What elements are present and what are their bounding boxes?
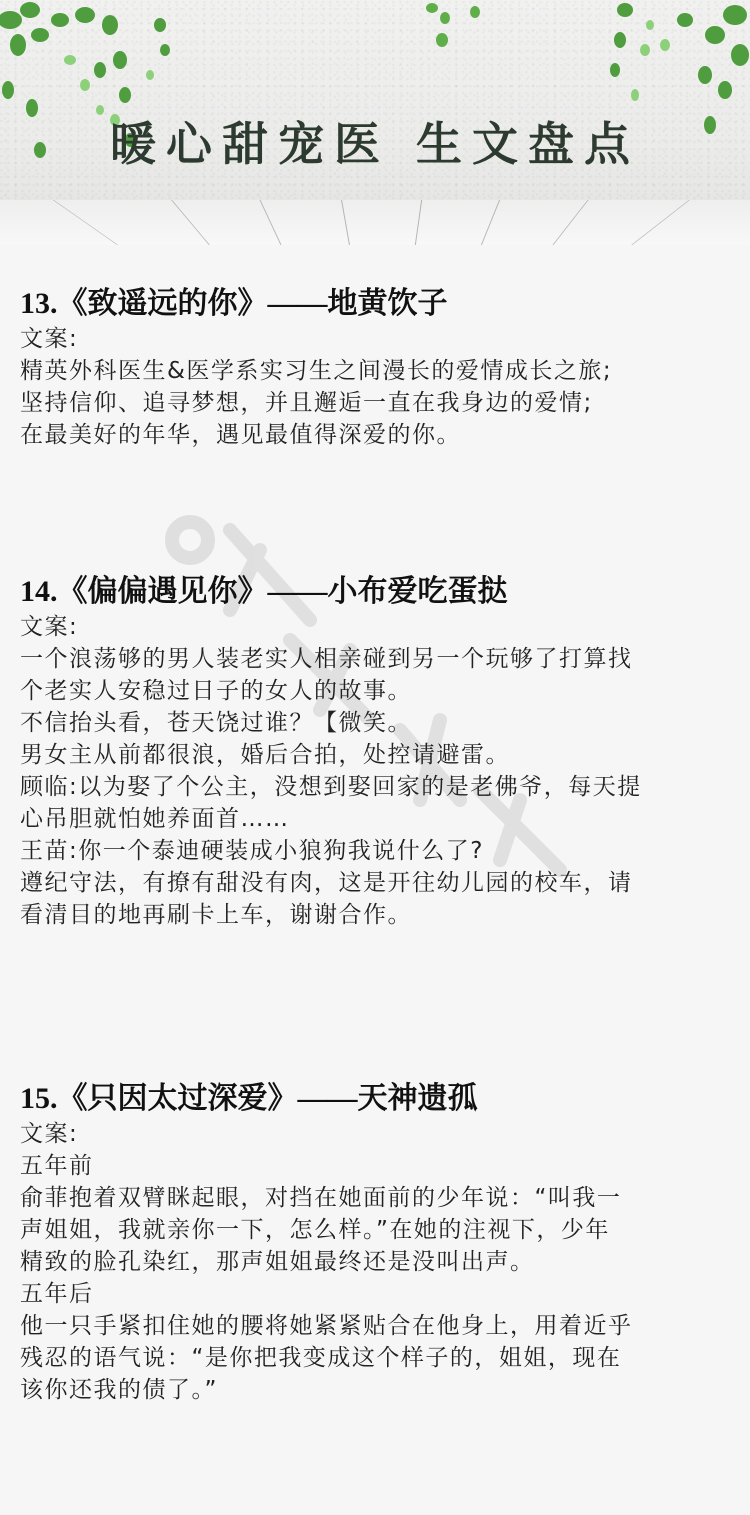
book-blurb-line: 不信抬头看，苍天饶过谁？【微笑。: [20, 707, 735, 739]
book-blurb-line: 男女主从前都很浪，婚后合拍，处控请避雷。: [20, 739, 735, 771]
book-blurb-line: 残忍的语气说：“是你把我变成这个样子的，姐姐，现在: [20, 1342, 735, 1374]
book-entry-15: 15.《只因太过深爱》——天神遗孤 文案: 五年前 俞菲抱着双臂眯起眼，对挡在她…: [20, 1080, 735, 1406]
book-title: 13.《致遥远的你》——地黄饮子: [20, 285, 735, 323]
book-blurb-label: 文案:: [20, 611, 735, 643]
book-blurb-line: 声姐姐，我就亲你一下，怎么样。”在她的注视下，少年: [20, 1214, 735, 1246]
vine-middle-icon: [420, 0, 490, 60]
header-banner: 暖心甜宠医 生文盘点: [0, 0, 750, 245]
book-blurb-line: 五年后: [20, 1278, 735, 1310]
book-blurb-line: 王苗:你一个泰迪硬装成小狼狗我说什么了?: [20, 835, 735, 867]
book-blurb-line: 精致的脸孔染红，那声姐姐最终还是没叫出声。: [20, 1246, 735, 1278]
book-blurb-line: 心吊胆就怕她养面首……: [20, 803, 735, 835]
book-blurb-label: 文案:: [20, 323, 735, 355]
book-title: 15.《只因太过深爱》——天神遗孤: [20, 1080, 735, 1118]
book-entry-14: 14.《偏偏遇见你》——小布爱吃蛋挞 文案: 一个浪荡够的男人装老实人相亲碰到另…: [20, 573, 735, 931]
book-blurb-line: 精英外科医生&医学系实习生之间漫长的爱情成长之旅;: [20, 355, 735, 387]
book-blurb-line: 五年前: [20, 1150, 735, 1182]
book-blurb-line: 俞菲抱着双臂眯起眼，对挡在她面前的少年说：“叫我一: [20, 1182, 735, 1214]
wooden-floor: [0, 200, 750, 245]
book-blurb-line: 遵纪守法，有撩有甜没有肉，这是开往幼儿园的校车，请: [20, 867, 735, 899]
book-blurb-label: 文案:: [20, 1118, 735, 1150]
book-blurb-line: 在最美好的年华，遇见最值得深爱的你。: [20, 419, 735, 451]
book-blurb-line: 一个浪荡够的男人装老实人相亲碰到另一个玩够了打算找: [20, 643, 735, 675]
book-blurb-line: 该你还我的债了。”: [20, 1374, 735, 1406]
book-blurb-line: 看清目的地再刷卡上车，谢谢合作。: [20, 899, 735, 931]
book-title: 14.《偏偏遇见你》——小布爱吃蛋挞: [20, 573, 735, 611]
book-blurb-line: 坚持信仰、追寻梦想，并且邂逅一直在我身边的爱情;: [20, 387, 735, 419]
book-blurb-line: 他一只手紧扣住她的腰将她紧紧贴合在他身上，用着近乎: [20, 1310, 735, 1342]
book-entry-13: 13.《致遥远的你》——地黄饮子 文案: 精英外科医生&医学系实习生之间漫长的爱…: [20, 285, 735, 451]
book-blurb-line: 顾临:以为娶了个公主，没想到娶回家的是老佛爷，每天提: [20, 771, 735, 803]
book-blurb-line: 个老实人安稳过日子的女人的故事。: [20, 675, 735, 707]
page-title: 暖心甜宠医 生文盘点: [0, 108, 750, 174]
